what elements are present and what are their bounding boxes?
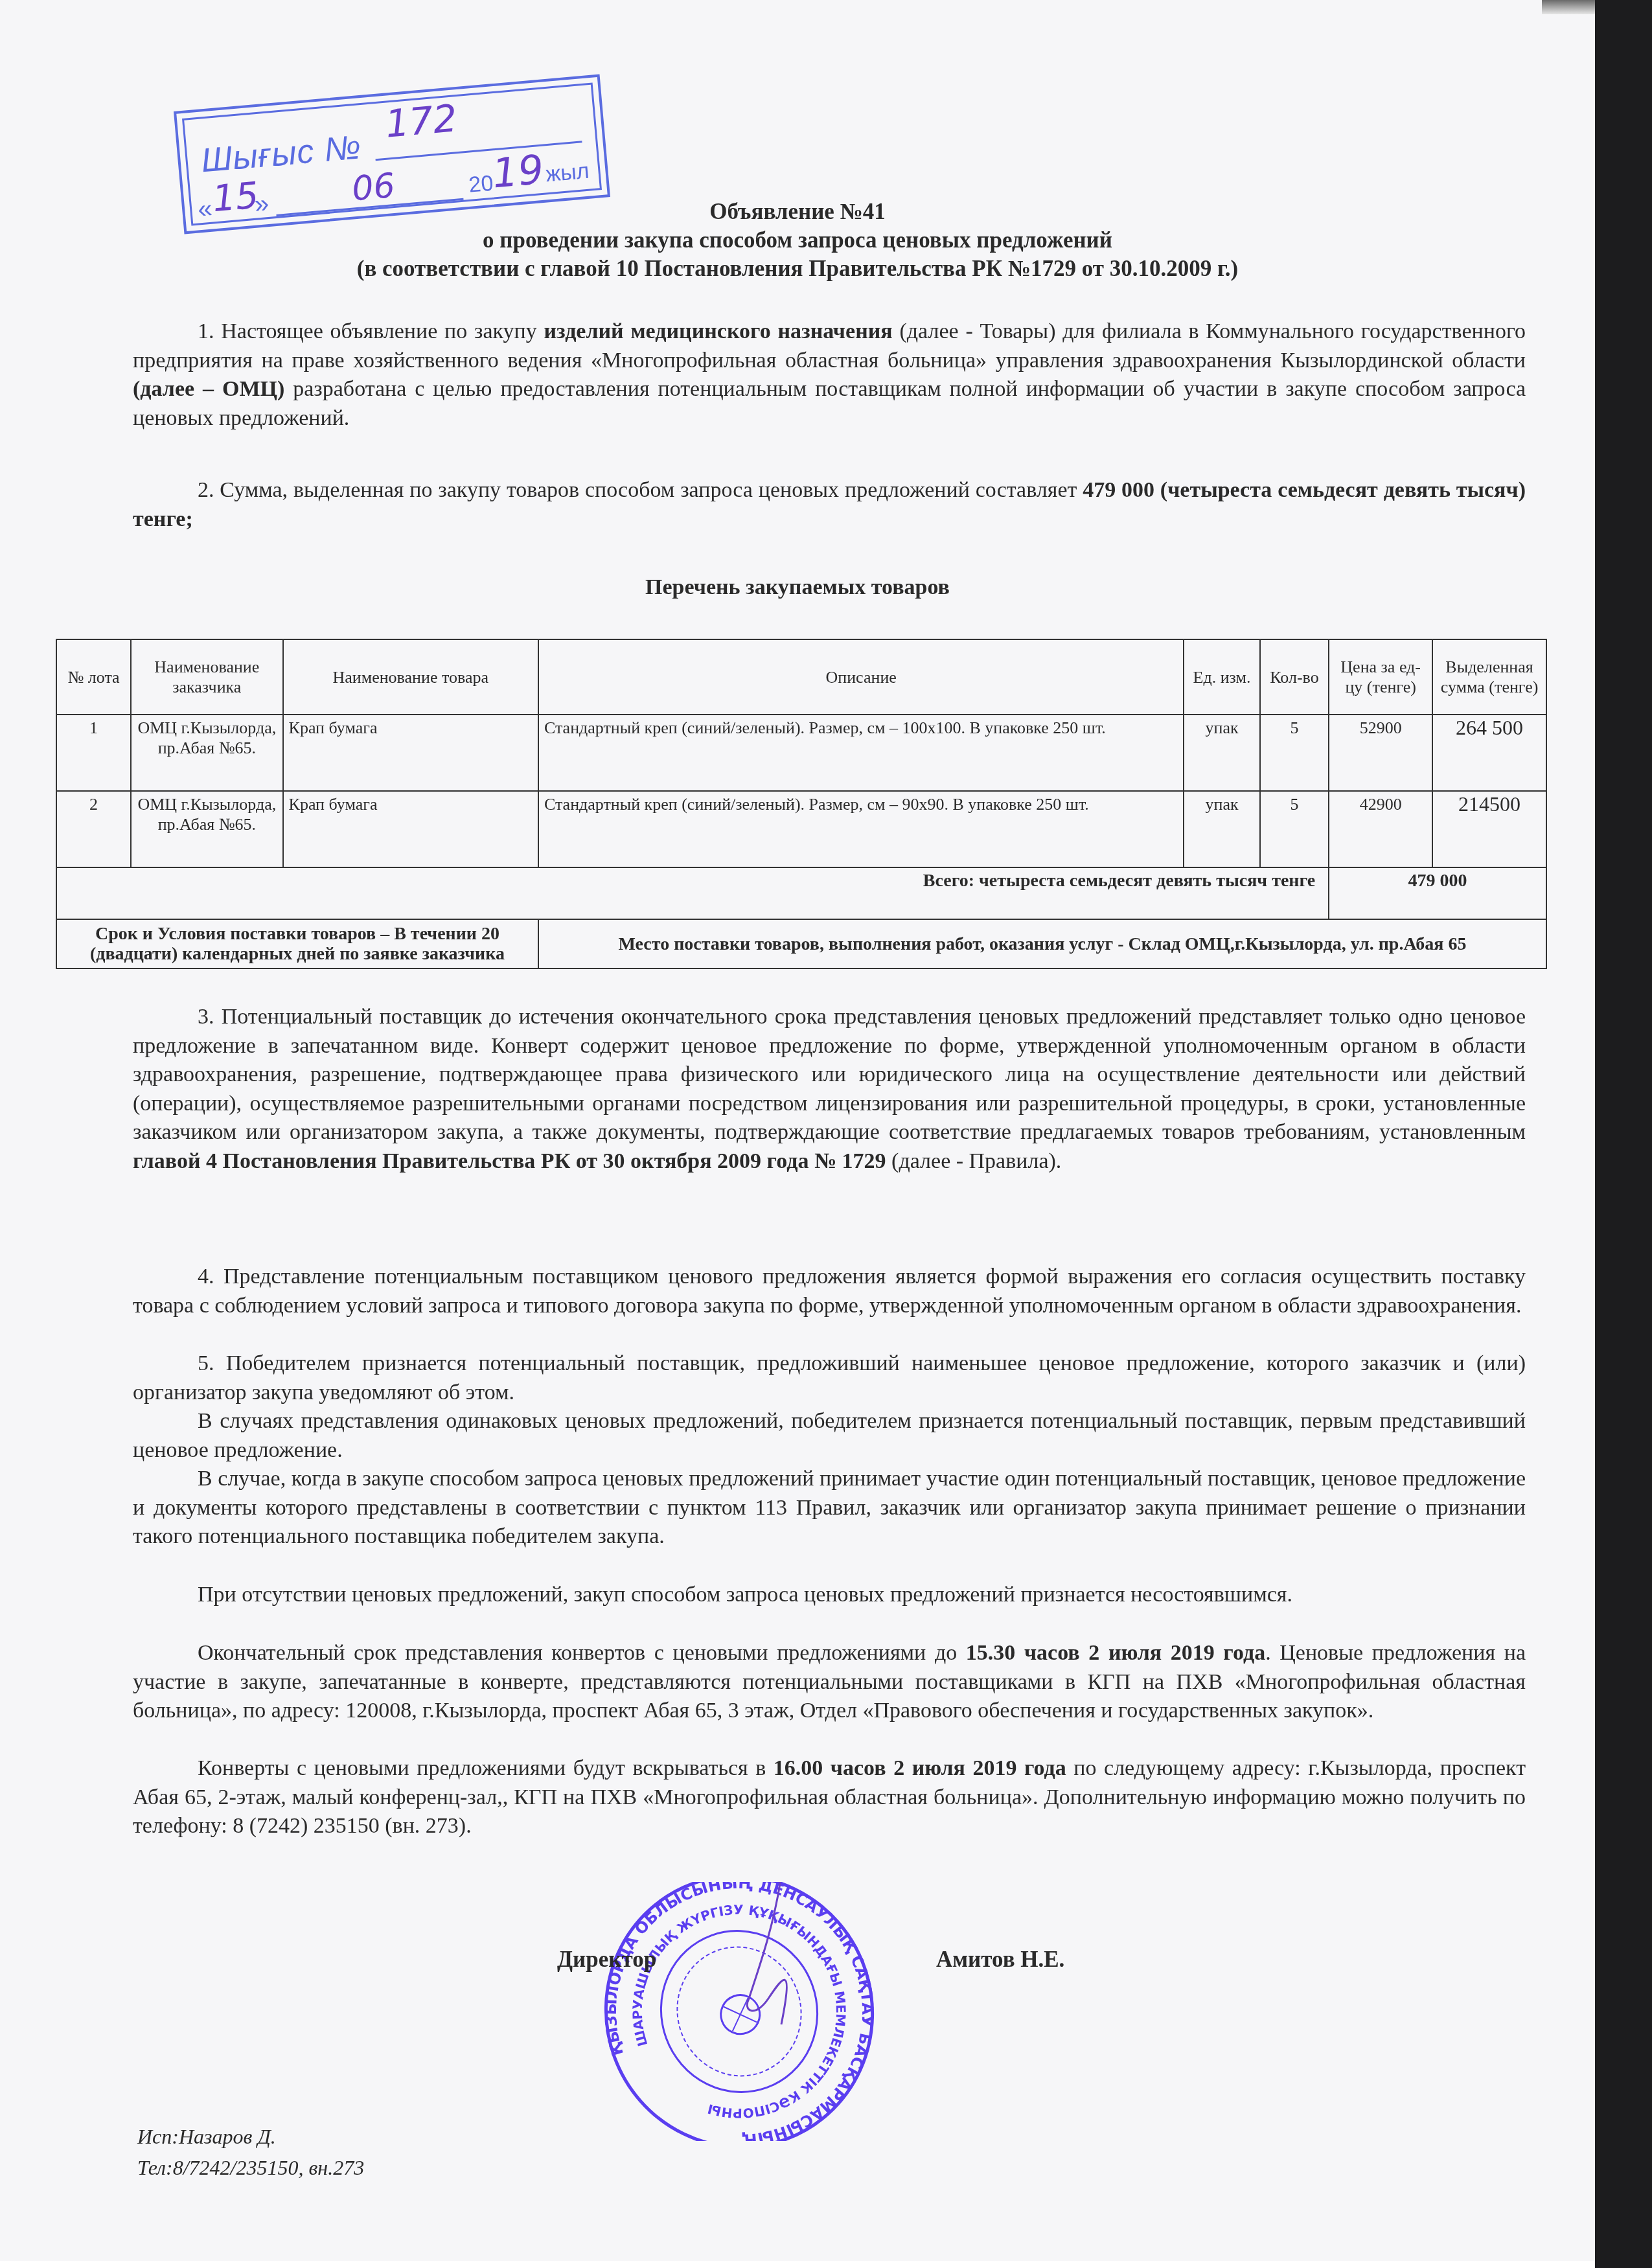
paragraph-9: Окончательный срок представления конверт…	[133, 1639, 1526, 1726]
stamp-year-word: жыл	[545, 159, 590, 188]
cell-customer: ОМЦ г.Кызылорда, пр.Абая №65.	[131, 715, 282, 791]
paragraph-7: В случае, когда в закупе способом запрос…	[133, 1465, 1526, 1552]
cell-lot: 1	[56, 715, 131, 791]
stamp-year-suffix: 19	[490, 146, 545, 198]
table-row: 2 ОМЦ г.Кызылорда, пр.Абая №65. Крап бум…	[56, 791, 1546, 867]
total-value: 479 000	[1329, 867, 1546, 919]
cell-amount: 214500	[1432, 791, 1546, 867]
cell-amount: 264 500	[1432, 715, 1546, 791]
table-row: 1 ОМЦ г.Кызылорда, пр.Абая №65. Крап бум…	[56, 715, 1546, 791]
cell-price: 42900	[1329, 791, 1432, 867]
paragraph-6: В случаях представления одинаковых ценов…	[133, 1407, 1526, 1465]
paragraph-5: 5. Победителем признается потенциальный …	[133, 1349, 1526, 1407]
paragraph-1: 1. Настоящее объявление по закупу издели…	[133, 317, 1526, 433]
delivery-terms: Срок и Условия поставки товаров – В тече…	[56, 919, 538, 968]
paragraph-3: 3. Потенциальный поставщик до истечения …	[133, 1003, 1526, 1176]
goods-table: № лота Наименование заказчика Наименован…	[56, 639, 1547, 969]
announcement-header: Объявление №41 о проведении закупа спосо…	[0, 198, 1595, 283]
official-seal-icon: ҚЫЗЫЛОРДА ОБЛЫСЫНЫҢ ДЕНСАУЛЫҚ САҚТАУ БАС…	[587, 1882, 891, 2141]
p1-text-e: разработана с целью предоставления потен…	[133, 377, 1526, 430]
scan-edge-top	[1542, 0, 1600, 14]
cell-price: 52900	[1329, 715, 1432, 791]
goods-list-title: Перечень закупаемых товаров	[0, 575, 1595, 600]
delivery-place: Место поставки товаров, выполнения работ…	[538, 919, 1546, 968]
col-customer: Наименование заказчика	[131, 639, 282, 715]
col-qty: Кол-во	[1260, 639, 1329, 715]
total-label: Всего: четыреста семьдесят девять тысяч …	[56, 867, 1329, 919]
cell-customer: ОМЦ г.Кызылорда, пр.Абая №65.	[131, 791, 282, 867]
table-conditions-row: Срок и Условия поставки товаров – В тече…	[56, 919, 1546, 968]
cell-qty: 5	[1260, 715, 1329, 791]
announcement-subtitle: о проведении закупа способом запроса цен…	[0, 226, 1595, 255]
col-unit: Ед. изм.	[1184, 639, 1259, 715]
cell-product: Крап бумага	[283, 715, 538, 791]
paragraph-10: Конверты с ценовыми предложениями будут …	[133, 1754, 1526, 1841]
table-header-row: № лота Наименование заказчика Наименован…	[56, 639, 1546, 715]
p1-bold-goods: изделий медицинского назначения	[544, 319, 893, 343]
cell-product: Крап бумага	[283, 791, 538, 867]
p1-text-a: 1. Настоящее объявление по закупу	[198, 319, 544, 343]
p3-bold-regulation: главой 4 Постановления Правительства РК …	[133, 1149, 886, 1173]
cell-unit: упак	[1184, 791, 1259, 867]
col-lot: № лота	[56, 639, 131, 715]
paragraph-4: 4. Представление потенциальным поставщик…	[133, 1263, 1526, 1320]
col-price: Цена за ед-цу (тенге)	[1329, 639, 1432, 715]
paragraph-2: 2. Сумма, выделенная по закупу товаров с…	[133, 476, 1526, 534]
p5-text: 5. Победителем признается потенциальный …	[133, 1351, 1526, 1404]
p10-text-a: Конверты с ценовыми предложениями будут …	[198, 1756, 774, 1780]
paragraph-8: При отсутствии ценовых предложений, заку…	[133, 1581, 1526, 1610]
stamp-year-prefix: 20	[468, 171, 494, 198]
scan-edge-right	[1595, 0, 1652, 2268]
signature-role: Директор	[557, 1947, 656, 1973]
p9-text-a: Окончательный срок представления конверт…	[198, 1641, 966, 1665]
executor-name: Исп:Назаров Д.	[137, 2125, 276, 2149]
cell-qty: 5	[1260, 791, 1329, 867]
p6-text: В случаях представления одинаковых ценов…	[133, 1409, 1526, 1462]
cell-unit: упак	[1184, 715, 1259, 791]
p8-text: При отсутствии ценовых предложений, заку…	[198, 1583, 1292, 1607]
p1-bold-omc: (далее – ОМЦ)	[133, 377, 284, 401]
cell-description: Стандартный креп (синий/зеленый). Размер…	[538, 715, 1184, 791]
col-product: Наименование товара	[283, 639, 538, 715]
cell-lot: 2	[56, 791, 131, 867]
executor-phone: Тел:8/7242/235150, вн.273	[137, 2156, 364, 2180]
p4-text: 4. Представление потенциальным поставщик…	[133, 1265, 1526, 1318]
table-total-row: Всего: четыреста семьдесят девять тысяч …	[56, 867, 1546, 919]
p3-text-a: 3. Потенциальный поставщик до истечения …	[133, 1005, 1526, 1144]
signature-name: Амитов Н.Е.	[936, 1947, 1064, 1973]
p9-bold-deadline: 15.30 часов 2 июля 2019 года	[966, 1641, 1265, 1665]
announcement-basis: (в соответствии с главой 10 Постановлени…	[0, 255, 1595, 283]
col-amount: Выделенная сумма (тенге)	[1432, 639, 1546, 715]
p3-text-c: (далее - Правила).	[886, 1149, 1062, 1173]
announcement-title: Объявление №41	[0, 198, 1595, 226]
cell-description: Стандартный креп (синий/зеленый). Размер…	[538, 791, 1184, 867]
p7-text: В случае, когда в закупе способом запрос…	[133, 1467, 1526, 1548]
p2-text-a: 2. Сумма, выделенная по закупу товаров с…	[198, 478, 1083, 502]
p10-bold-opening: 16.00 часов 2 июля 2019 года	[774, 1756, 1066, 1780]
stamp-number: 172	[384, 96, 459, 146]
col-description: Описание	[538, 639, 1184, 715]
